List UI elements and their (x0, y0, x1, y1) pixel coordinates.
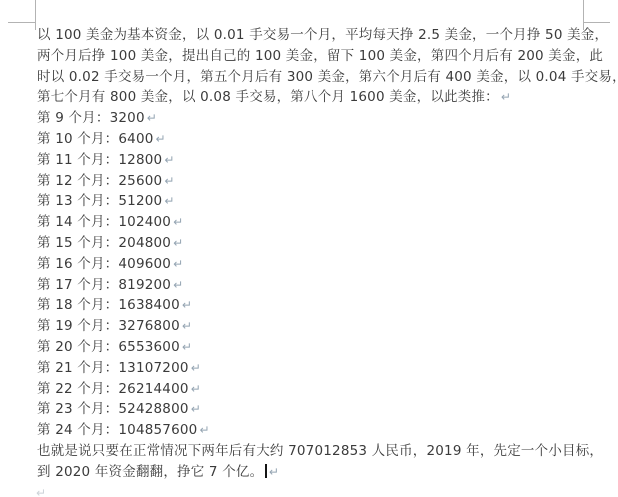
line-text: 第 21 个月：13107200 (37, 360, 189, 376)
text-line[interactable]: 第 19 个月：3276800↵ (37, 316, 588, 337)
text-line[interactable]: 也就是说只要在正常情况下两年后有大约 707012853 人民币，2019 年，… (37, 441, 588, 462)
paragraph-mark-icon: ↵ (173, 257, 183, 271)
paragraph-mark-icon: ↵ (156, 132, 166, 146)
text-line[interactable]: 第 20 个月：6553600↵ (37, 337, 588, 358)
line-text: 第 10 个月：6400 (37, 131, 154, 147)
paragraph-mark-icon: ↵ (501, 90, 511, 104)
line-text: 第 15 个月：204800 (37, 235, 171, 251)
text-line[interactable]: 第 11 个月：12800↵ (37, 150, 588, 171)
line-text: 以 100 美金为基本资金，以 0.01 手交易一个月，平均每天挣 2.5 美金… (37, 27, 608, 43)
paragraph-mark-icon: ↵ (173, 236, 183, 250)
text-line[interactable]: 第 23 个月：52428800↵ (37, 399, 588, 420)
paragraph-mark-icon: ↵ (147, 111, 157, 125)
line-text: 两个月后挣 100 美金，提出自己的 100 美金，留下 100 美金，第四个月… (37, 48, 603, 64)
line-text: 也就是说只要在正常情况下两年后有大约 707012853 人民币，2019 年，… (37, 443, 603, 459)
text-line[interactable]: 第 18 个月：1638400↵ (37, 295, 588, 316)
text-line[interactable]: 两个月后挣 100 美金，提出自己的 100 美金，留下 100 美金，第四个月… (37, 46, 588, 67)
text-boundary-mark-top-left-horizontal (8, 22, 35, 23)
text-line[interactable]: 第 13 个月：51200↵ (37, 191, 588, 212)
word-document-page: 以 100 美金为基本资金，以 0.01 手交易一个月，平均每天挣 2.5 美金… (0, 0, 618, 497)
line-text: 第 23 个月：52428800 (37, 401, 189, 417)
text-line[interactable]: 第 9 个月：3200↵ (37, 108, 588, 129)
paragraph-mark-icon: ↵ (36, 487, 46, 497)
line-text: 时以 0.02 手交易一个月，第五个月后有 300 美金，第六个月后有 400 … (37, 69, 618, 85)
text-line[interactable]: 第 24 个月：104857600↵ (37, 420, 588, 441)
text-line[interactable]: 时以 0.02 手交易一个月，第五个月后有 300 美金，第六个月后有 400 … (37, 67, 588, 88)
line-text: 第七个月有 800 美金，以 0.08 手交易，第八个月 1600 美金，以此类… (37, 89, 499, 105)
paragraph-mark-icon: ↵ (191, 402, 201, 416)
text-line[interactable]: 第 10 个月：6400↵ (37, 129, 588, 150)
text-line[interactable]: 第 16 个月：409600↵ (37, 254, 588, 275)
text-line[interactable]: 第 22 个月：26214400↵ (37, 379, 588, 400)
text-line[interactable]: 第 17 个月：819200↵ (37, 275, 588, 296)
text-line[interactable]: 第 12 个月：25600↵ (37, 171, 588, 192)
line-text: 第 18 个月：1638400 (37, 297, 180, 313)
paragraph-mark-icon: ↵ (191, 382, 201, 396)
paragraph-mark-icon: ↵ (191, 361, 201, 375)
paragraph-mark-icon: ↵ (182, 340, 192, 354)
text-line[interactable]: 以 100 美金为基本资金，以 0.01 手交易一个月，平均每天挣 2.5 美金… (37, 25, 588, 46)
text-line[interactable]: 第 21 个月：13107200↵ (37, 358, 588, 379)
line-text: 第 9 个月：3200 (37, 110, 145, 126)
text-boundary-mark-top-right-horizontal (583, 22, 610, 23)
text-line[interactable]: 第 15 个月：204800↵ (37, 233, 588, 254)
text-boundary-mark-top-left-vertical (35, 0, 36, 30)
document-text-area[interactable]: 以 100 美金为基本资金，以 0.01 手交易一个月，平均每天挣 2.5 美金… (37, 25, 588, 483)
line-text: 第 11 个月：12800 (37, 152, 162, 168)
line-text: 第 17 个月：819200 (37, 277, 171, 293)
line-text: 第 13 个月：51200 (37, 193, 162, 209)
line-text: 第 24 个月：104857600 (37, 422, 197, 438)
paragraph-mark-icon: ↵ (164, 153, 174, 167)
line-text: 第 16 个月：409600 (37, 256, 171, 272)
line-text: 到 2020 年资金翻翻，挣它 7 个亿。 (37, 464, 263, 480)
line-text: 第 20 个月：6553600 (37, 339, 180, 355)
paragraph-mark-icon: ↵ (269, 465, 279, 479)
paragraph-mark-icon: ↵ (182, 319, 192, 333)
line-text: 第 22 个月：26214400 (37, 381, 189, 397)
paragraph-mark-icon: ↵ (182, 298, 192, 312)
paragraph-mark-icon: ↵ (199, 423, 209, 437)
line-text: 第 19 个月：3276800 (37, 318, 180, 334)
text-line[interactable]: 第七个月有 800 美金，以 0.08 手交易，第八个月 1600 美金，以此类… (37, 87, 588, 108)
line-text: 第 12 个月：25600 (37, 173, 162, 189)
text-line[interactable]: 到 2020 年资金翻翻，挣它 7 个亿。↵ (37, 462, 588, 483)
paragraph-mark-icon: ↵ (164, 174, 174, 188)
paragraph-mark-icon: ↵ (173, 215, 183, 229)
text-cursor (265, 464, 267, 478)
line-text: 第 14 个月：102400 (37, 214, 171, 230)
paragraph-mark-icon: ↵ (173, 278, 183, 292)
paragraph-mark-icon: ↵ (164, 194, 174, 208)
text-line[interactable]: 第 14 个月：102400↵ (37, 212, 588, 233)
